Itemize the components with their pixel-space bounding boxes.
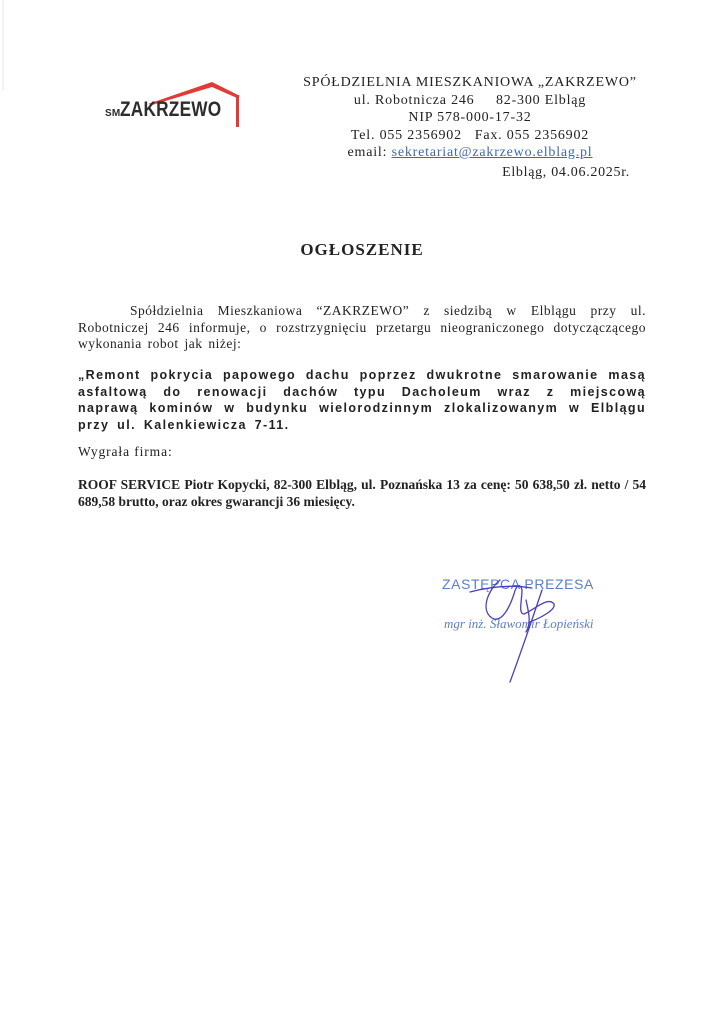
winner-paragraph: ROOF SERVICE Piotr Kopycki, 82-300 Elblą… [78,476,646,510]
organization-header: SPÓŁDZIELNIA MIESZKANIOWA „ZAKRZEWO” ul.… [300,74,640,162]
organization-phone-fax: Tel. 055 2356902 Fax. 055 2356902 [300,127,640,145]
email-label: email: [347,145,391,160]
document-title: OGŁOSZENIE [0,240,724,260]
logo-prefix: SM [105,108,120,119]
signature-stamp: ZASTĘPCA PREZESA mgr inż. Sławomir Łopie… [430,570,630,690]
document-page: SM ZAKRZEWO SPÓŁDZIELNIA MIESZKANIOWA „Z… [0,0,724,1024]
organization-address: ul. Robotnicza 246 82-300 Elbląg [300,92,640,110]
company-logo: SM ZAKRZEWO [96,78,246,130]
winner-label: Wygrała firma: [78,444,646,461]
logo-name: ZAKRZEWO [120,98,221,122]
handwritten-signature-icon [430,570,630,690]
organization-email-line: email: sekretariat@zakrzewo.elblag.pl [300,144,640,162]
document-date: Elbląg, 04.06.2025r. [502,165,630,181]
organization-nip: NIP 578-000-17-32 [300,109,640,127]
scan-edge [2,0,4,90]
email-link[interactable]: sekretariat@zakrzewo.elblag.pl [392,145,593,160]
organization-name: SPÓŁDZIELNIA MIESZKANIOWA „ZAKRZEWO” [300,74,640,92]
tender-subject-paragraph: „Remont pokrycia papowego dachu poprzez … [78,367,646,433]
intro-paragraph: Spółdzielnia Mieszkaniowa “ZAKRZEWO” z s… [78,303,646,353]
